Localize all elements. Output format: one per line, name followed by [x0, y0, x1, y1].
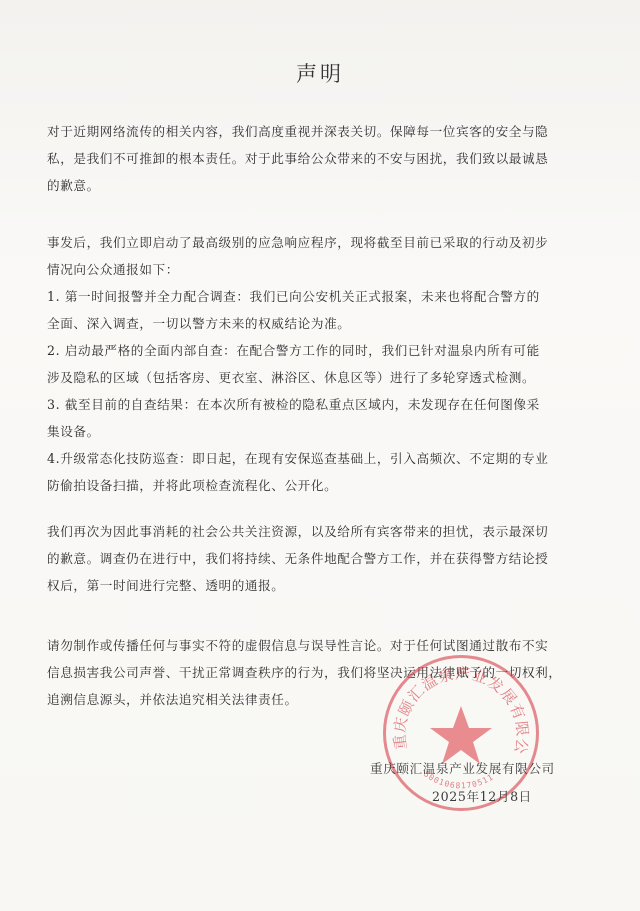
list-item-2: 2. 启动最严格的全面内部自查：在配合警方工作的同时，我们已针对温泉内所有可能 … — [47, 337, 557, 391]
text-line: 情况向公众通报如下： — [47, 256, 557, 283]
intro-paragraph: 对于近期网络流传的相关内容，我们高度重视并深表关切。保障每一位宾客的安全与隐 私… — [47, 118, 557, 199]
text-line: 事发后，我们立即启动了最高级别的应急响应程序，现将截至目前已采取的行动及初步 — [47, 229, 557, 256]
signature-company: 重庆颐汇温泉产业发展有限公司 — [370, 758, 555, 777]
text-line: 的歉意。调查仍在进行中，我们将持续、无条件地配合警方工作，并在获得警方结论授 — [47, 545, 557, 572]
text-line: 防偷拍设备扫描，并将此项检查流程化、公开化。 — [47, 472, 557, 499]
text-line: 全面、深入调查，一切以警方未来的权威结论为准。 — [47, 310, 557, 337]
text-line: 3. 截至目前的自查结果：在本次所有被检的隐私重点区域内，未发现存在任何图像采 — [47, 391, 557, 418]
text-line: 私，是我们不可推卸的根本责任。对于此事给公众带来的不安与困扰，我们致以最诚恳 — [47, 145, 557, 172]
text-line: 1. 第一时间报警并全力配合调查：我们已向公安机关正式报案，未来也将配合警方的 — [47, 283, 557, 310]
text-line: 2. 启动最严格的全面内部自查：在配合警方工作的同时，我们已针对温泉内所有可能 — [47, 337, 557, 364]
signature-date: 2025年12月8日 — [432, 786, 532, 805]
apology-paragraph: 我们再次为因此事消耗的社会公共关注资源，以及给所有宾客带来的担忧，表示最深切 的… — [47, 518, 557, 599]
text-line: 权后，第一时间进行完整、透明的通报。 — [47, 572, 557, 599]
actions-intro-paragraph: 事发后，我们立即启动了最高级别的应急响应程序，现将截至目前已采取的行动及初步 情… — [47, 229, 557, 283]
text-line: 集设备。 — [47, 418, 557, 445]
text-line: 我们再次为因此事消耗的社会公共关注资源，以及给所有宾客带来的担忧，表示最深切 — [47, 518, 557, 545]
text-line: 对于近期网络流传的相关内容，我们高度重视并深表关切。保障每一位宾客的安全与隐 — [47, 118, 557, 145]
document-page: 声明 对于近期网络流传的相关内容，我们高度重视并深表关切。保障每一位宾客的安全与… — [0, 0, 640, 911]
text-line: 请勿制作或传播任何与事实不符的虚假信息与误导性言论。对于任何试图通过散布不实 — [47, 632, 557, 659]
list-item-4: 4.升级常态化技防巡查：即日起，在现有安保巡查基础上，引入高频次、不定期的专业 … — [47, 445, 557, 499]
document-title: 声明 — [0, 58, 640, 88]
text-line: 4.升级常态化技防巡查：即日起，在现有安保巡查基础上，引入高频次、不定期的专业 — [47, 445, 557, 472]
text-line: 涉及隐私的区域（包括客房、更衣室、淋浴区、休息区等）进行了多轮穿透式检测。 — [47, 364, 557, 391]
list-item-1: 1. 第一时间报警并全力配合调查：我们已向公安机关正式报案，未来也将配合警方的 … — [47, 283, 557, 337]
text-line: 的歉意。 — [47, 172, 557, 199]
list-item-3: 3. 截至目前的自查结果：在本次所有被检的隐私重点区域内，未发现存在任何图像采 … — [47, 391, 557, 445]
